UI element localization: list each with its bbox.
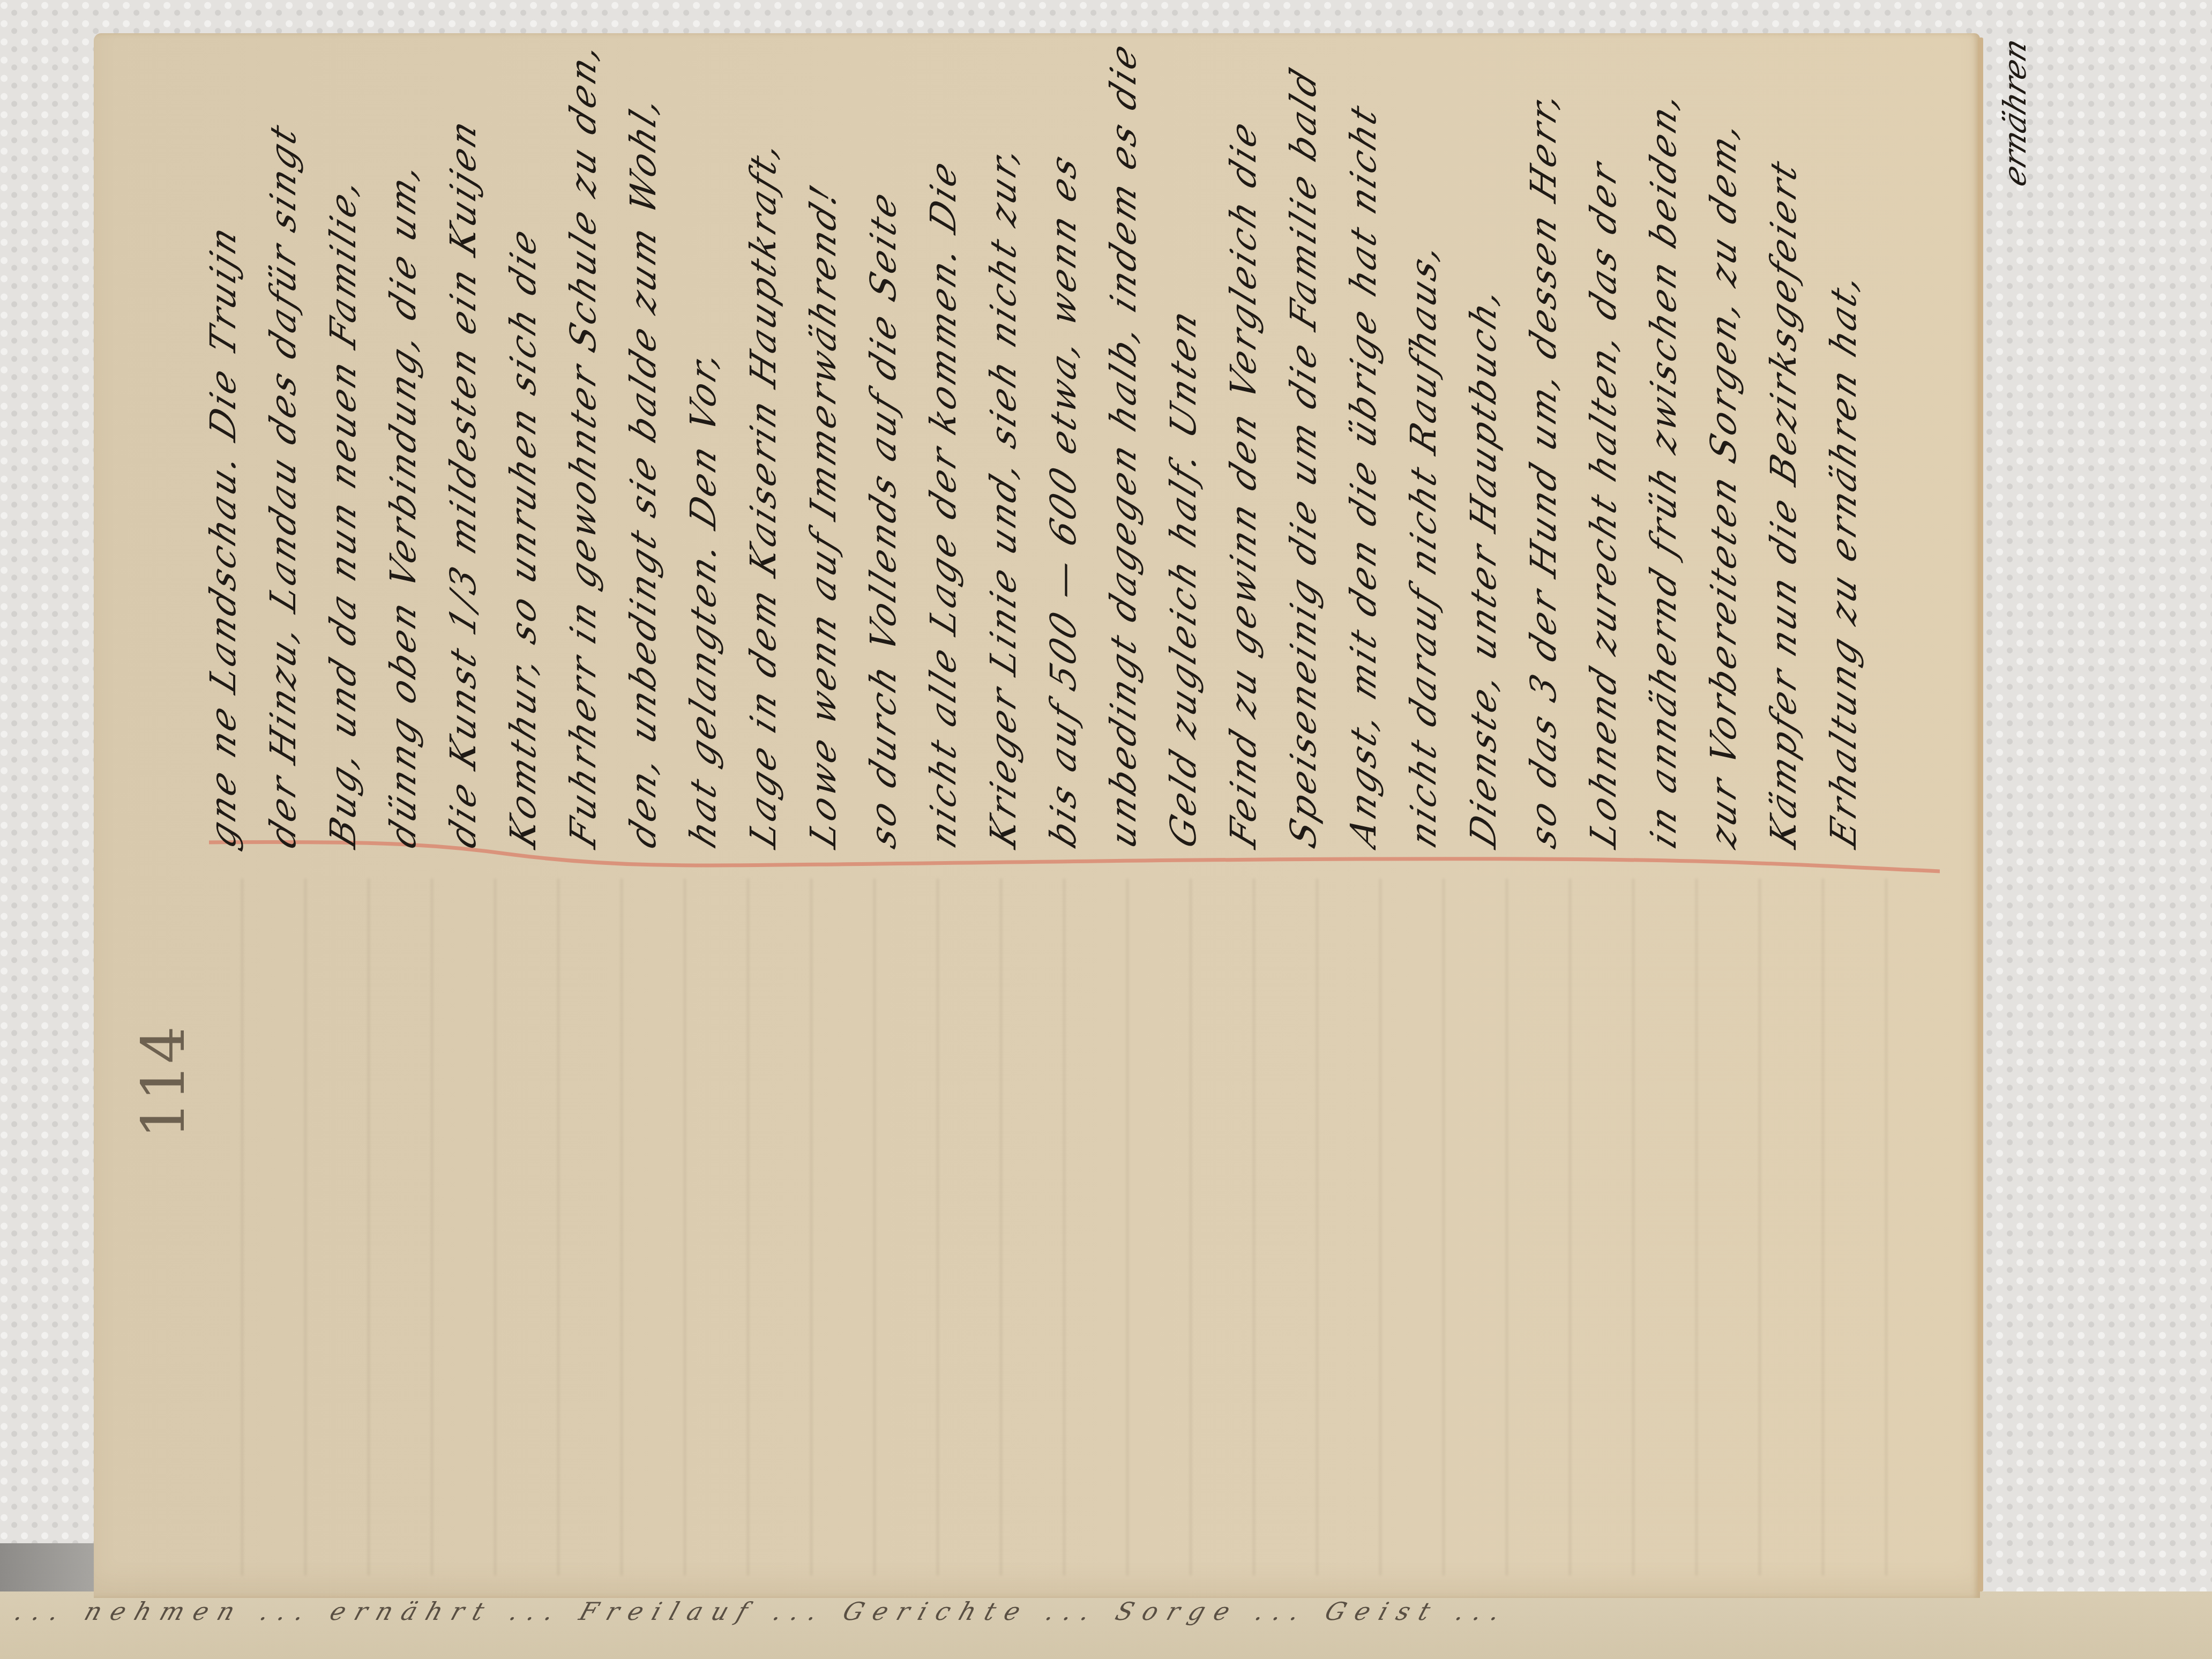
text-line: so das 3 der Hund um, dessen Herr,	[1520, 21, 1568, 855]
text-line: dünng oben Verbindung, die um,	[379, 21, 428, 855]
text-line: Kämpfer nun die Bezirksgefeiert	[1760, 21, 1808, 855]
text-line: Lohnend zurecht halten, das der	[1580, 21, 1628, 855]
text-line: unbedingt dagegen halb, indem es die	[1100, 21, 1148, 855]
text-line: so durch Vollends auf die Seite	[860, 21, 908, 855]
text-line: nicht darauf nicht Raufhaus,	[1400, 21, 1448, 855]
text-line: Geld zugleich half. Unten	[1160, 21, 1208, 855]
text-line: Bug, und da nun neuen Familie,	[319, 21, 368, 855]
text-line: hat gelangten. Den Vor,	[679, 21, 728, 855]
text-line: Komthur, so unruhen sich die	[499, 21, 548, 855]
text-line: Krieger Linie und, sieh nicht zur,	[980, 21, 1028, 855]
manuscript-text: gne ne Landschau. Die Truijn der Hinzu, …	[0, 0, 2212, 1659]
text-line: gne ne Landschau. Die Truijn	[199, 21, 248, 855]
text-line: Erhaltung zu ernähren hat,	[1820, 21, 1868, 855]
text-line: die Kunst 1/3 mildesten ein Kuijen	[439, 21, 488, 855]
text-line: in annähernd früh zwischen beiden,	[1640, 21, 1688, 855]
catchword: ernähren	[1993, 16, 2036, 192]
text-line: zur Vorbereiteten Sorgen, zu dem,	[1700, 21, 1748, 855]
text-line: Feind zu gewinn den Vergleich die	[1220, 21, 1268, 855]
text-line: Speiseneinig die um die Familie bald	[1280, 21, 1328, 855]
text-line: bis auf 500 — 600 etwa, wenn es	[1040, 21, 1088, 855]
text-line: Fuhrherr in gewohnter Schule zu den,	[559, 21, 608, 855]
text-line: Lowe wenn auf Immerwährend!	[799, 21, 848, 855]
text-line: Angst, mit den die übrige hat nicht	[1340, 21, 1388, 855]
text-line: den, unbedingt sie balde zum Wohl,	[619, 21, 668, 855]
text-line: Lage in dem Kaiserin Hauptkraft,	[739, 21, 788, 855]
text-line: nicht alle Lage der kommen. Die	[920, 21, 968, 855]
text-line: Dienste, unter Hauptbuch,	[1460, 21, 1508, 855]
text-line: der Hinzu, Landau des dafür singt	[259, 21, 308, 855]
